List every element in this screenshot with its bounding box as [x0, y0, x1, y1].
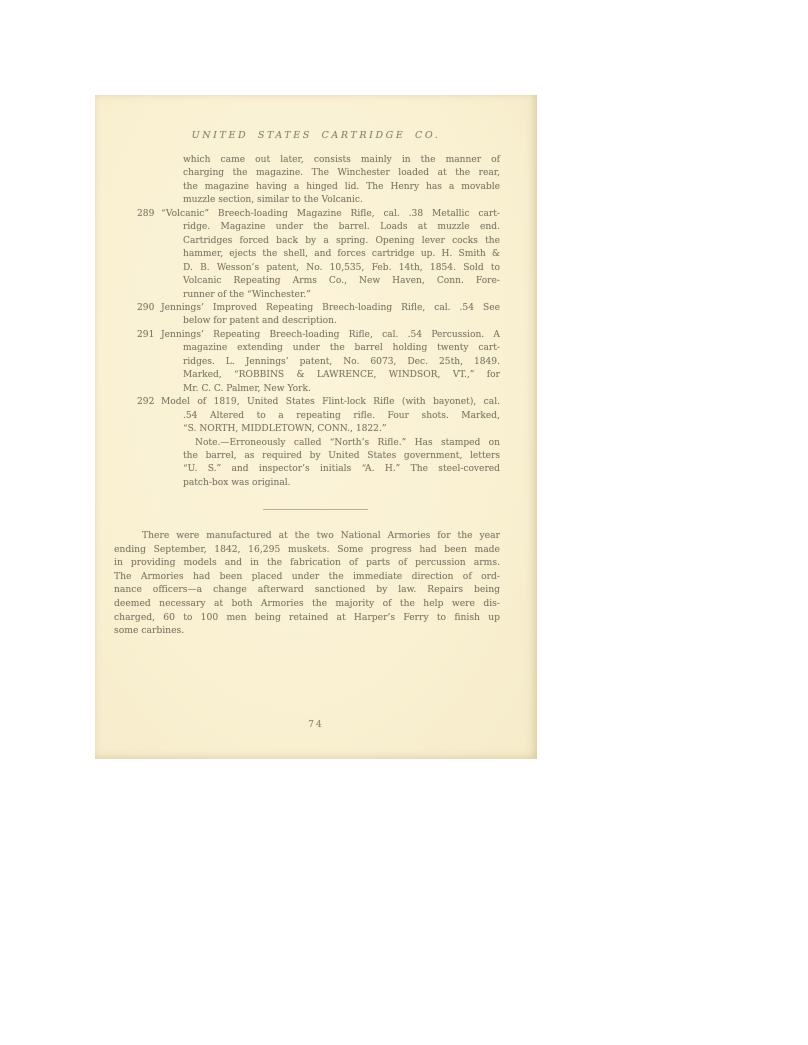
entry-line: ridge. Magazine under the barrel. Loads … [183, 221, 500, 234]
entry-line: “Volcanic” Breech-loading Magazine Rifle… [161, 208, 500, 221]
text-line: the magazine having a hinged lid. The He… [183, 181, 500, 194]
text-line: charging the magazine. The Winchester lo… [183, 167, 500, 180]
text-line: The Armories had been placed under the i… [114, 570, 500, 584]
entry-line: D. B. Wesson’s patent, No. 10,535, Feb. … [183, 262, 500, 275]
entry-line: hammer, ejects the shell, and forces car… [183, 248, 500, 261]
entry-line: Cartridges forced back by a spring. Open… [183, 235, 500, 248]
text-line: muzzle section, similar to the Volcanic. [183, 194, 500, 207]
entry-line: Jennings’ Improved Repeating Breech-load… [161, 302, 500, 315]
entry-note-line: Note.—Erroneously called “North’s Rifle.… [195, 437, 500, 450]
entry-number: 289 [137, 208, 154, 221]
text-line: charged, 60 to 100 men being retained at… [114, 611, 500, 625]
text-line: which came out later, consists mainly in… [183, 154, 500, 167]
intro-paragraph: which came out later, consists mainly in… [183, 154, 500, 208]
entry-line: Jennings’ Repeating Breech-loading Rifle… [161, 329, 500, 342]
catalog-entry-290: 290 Jennings’ Improved Repeating Breech-… [161, 302, 500, 329]
page-number: 74 [95, 720, 537, 730]
entry-number: 292 [137, 396, 154, 409]
scan-canvas: UNITED STATES CARTRIDGE CO. which came o… [0, 0, 808, 1045]
text-line: nance officers—a change afterward sancti… [114, 583, 500, 597]
text-line: some carbines. [114, 624, 500, 638]
book-page: UNITED STATES CARTRIDGE CO. which came o… [95, 95, 537, 759]
catalog-entry-292: 292 Model of 1819, United States Flint-l… [161, 396, 500, 490]
entry-note-line: “U. S.” and inspector’s initials “A. H.”… [183, 463, 500, 476]
catalog-entry-291: 291 Jennings’ Repeating Breech-loading R… [161, 329, 500, 396]
running-head: UNITED STATES CARTRIDGE CO. [95, 130, 537, 141]
entry-note-line: patch-box was original. [183, 477, 500, 490]
text-line: deemed necessary at both Armories the ma… [114, 597, 500, 611]
entry-line: ridges. L. Jennings’ patent, No. 6073, D… [183, 356, 500, 369]
closing-paragraph: There were manufactured at the two Natio… [114, 529, 500, 638]
entry-line: runner of the “Winchester.” [183, 289, 500, 302]
entry-line: .54 Altered to a repeating rifle. Four s… [183, 410, 500, 423]
text-line: in providing models and in the fabricati… [114, 556, 500, 570]
catalog-entry-289: 289 “Volcanic” Breech-loading Magazine R… [161, 208, 500, 302]
entry-line: Marked, “ROBBINS & LAWRENCE, WINDSOR, VT… [183, 369, 500, 382]
section-divider-rule [263, 509, 368, 510]
entry-number: 290 [137, 302, 154, 315]
text-line: ending September, 1842, 16,295 muskets. … [114, 543, 500, 557]
entry-line: Volcanic Repeating Arms Co., New Haven, … [183, 275, 500, 288]
catalog-text-block: which came out later, consists mainly in… [95, 154, 537, 490]
entry-note-line: the barrel, as required by United States… [183, 450, 500, 463]
entry-line: Mr. C. C. Palmer, New York. [183, 383, 500, 396]
entry-line: below for patent and description. [183, 315, 500, 328]
text-line: There were manufactured at the two Natio… [114, 529, 500, 543]
entry-line: Model of 1819, United States Flint-lock … [161, 396, 500, 409]
entry-line: “S. NORTH, MIDDLETOWN, CONN., 1822.” [183, 423, 500, 436]
entry-line: magazine extending under the barrel hold… [183, 342, 500, 355]
entry-number: 291 [137, 329, 154, 342]
